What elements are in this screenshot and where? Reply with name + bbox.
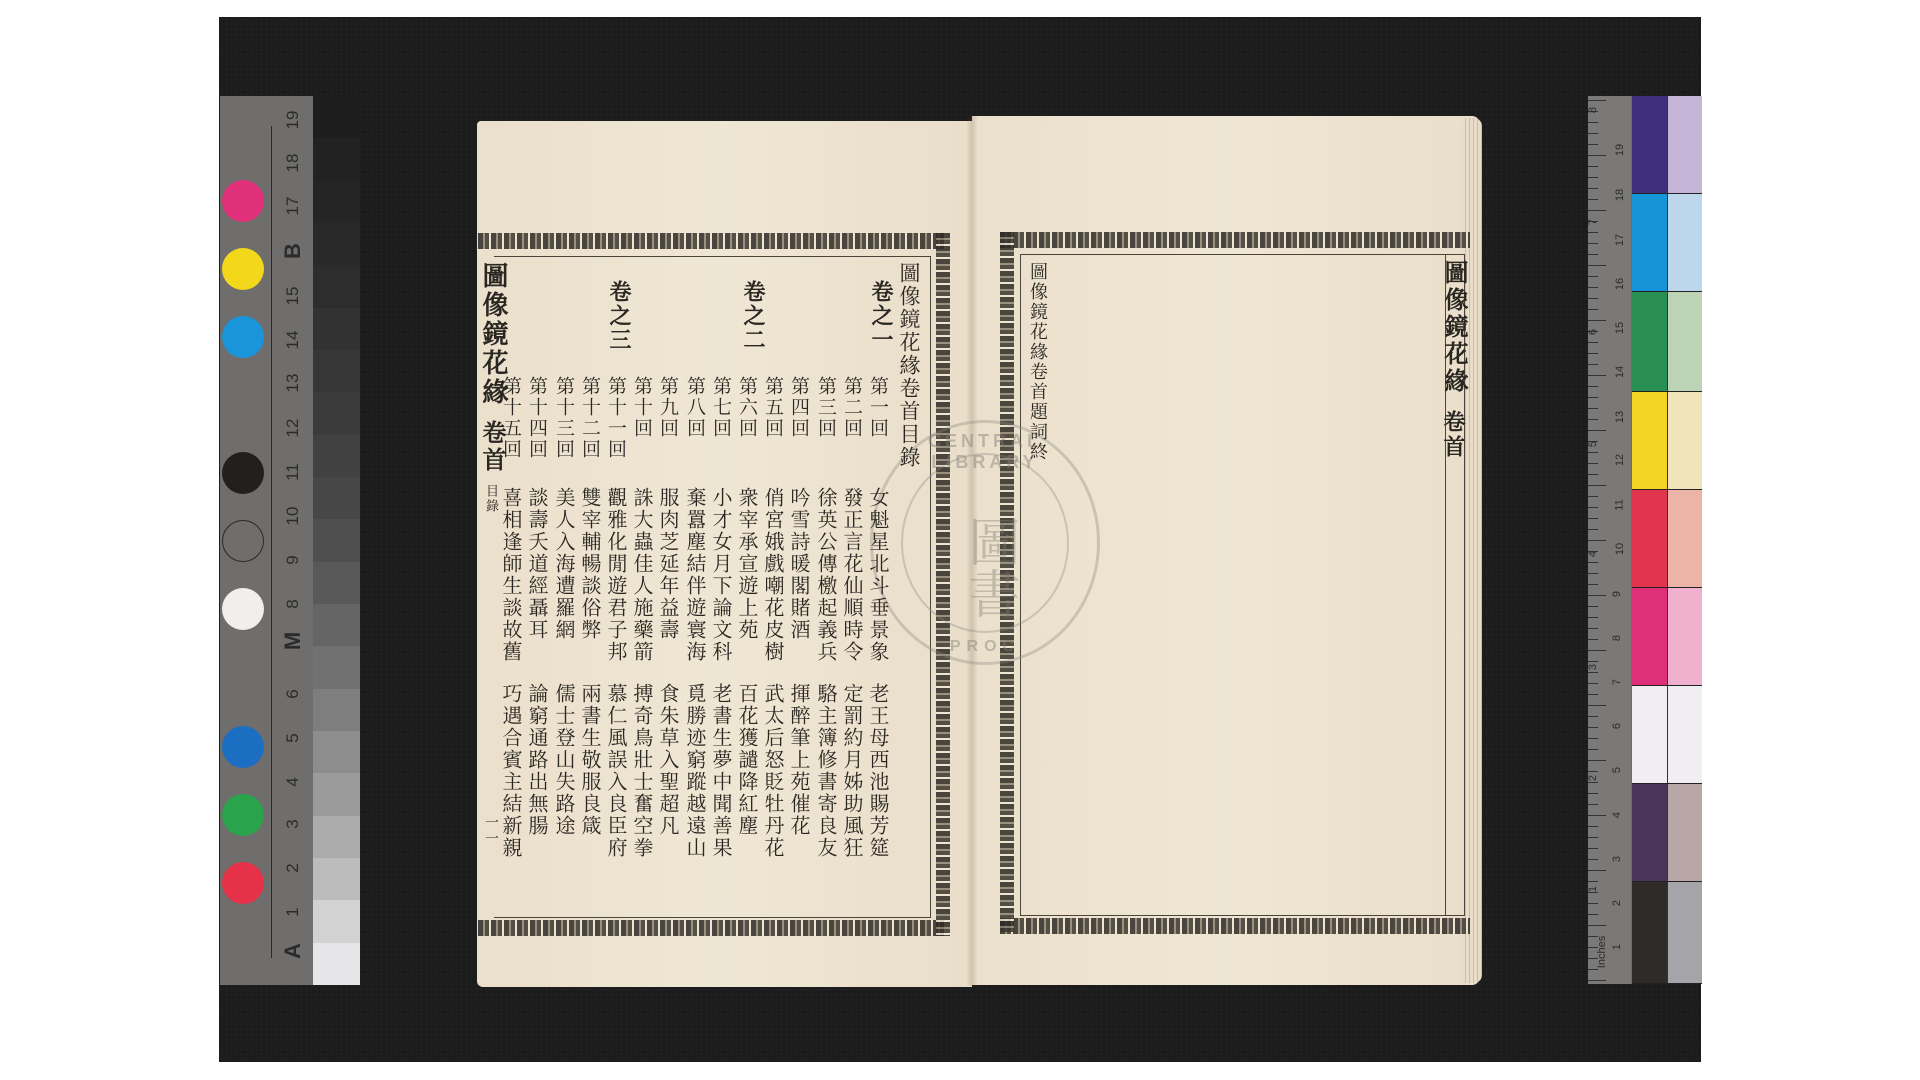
gray-scale-strip <box>313 96 360 985</box>
scale-number: 17 <box>283 188 303 224</box>
cm-number: 13 <box>1614 411 1626 423</box>
cm-number: 16 <box>1614 278 1626 290</box>
ruler-tick <box>1588 606 1598 607</box>
inch-number: 6 <box>1587 329 1599 335</box>
ruler-tick <box>1588 628 1598 629</box>
ruler-tick <box>1588 155 1606 156</box>
color-patch-magenta-light <box>1667 588 1702 686</box>
color-patch-magenta-dark <box>1632 588 1667 686</box>
stamp-seal-text: 圖書 <box>963 515 1015 619</box>
chapter-number: 第二回 <box>842 376 861 439</box>
ruler-tick <box>1588 375 1606 376</box>
ruler-tick <box>1588 716 1598 717</box>
chapter-title-line1: 美人入海遭羅網 <box>554 487 574 641</box>
color-patch-green-dark <box>1632 292 1667 392</box>
chapter-number: 第九回 <box>658 376 677 439</box>
gray-step <box>313 816 360 858</box>
gray-step <box>313 308 360 350</box>
chapter-title-line2: 儒士登山失路途 <box>554 683 574 837</box>
color-patch-violet-light <box>1667 96 1702 194</box>
ruler-tick <box>1588 353 1598 354</box>
scale-number: 5 <box>283 720 303 756</box>
ruler-tick <box>1588 243 1598 244</box>
gray-step <box>313 181 360 223</box>
ruler-tick <box>1588 166 1598 167</box>
gray-step <box>313 604 360 646</box>
inch-number: 1 <box>1587 886 1599 892</box>
color-patch-plum-dark <box>1632 784 1667 882</box>
ruler-tick <box>1588 870 1606 871</box>
ruler-tick <box>1588 826 1598 827</box>
chapter-title-line1: 談壽夭道經聶耳 <box>527 487 547 641</box>
chapter-title-line1: 觀雅化閒遊君子邦 <box>606 487 626 663</box>
chapter-title-line2: 定罰約月姊助風狂 <box>842 683 862 859</box>
ruler-tick <box>1588 408 1598 409</box>
scale-number: 13 <box>283 365 303 401</box>
chapter-title-line2: 覓勝迹窮蹤越遠山 <box>685 683 705 859</box>
color-patch-black-gray-light <box>1667 882 1702 984</box>
inch-number: 7 <box>1587 219 1599 225</box>
chapter-title-line1: 發正言花仙順時令 <box>842 487 862 663</box>
chapter-number: 第五回 <box>763 376 782 439</box>
cm-number: 5 <box>1611 767 1623 773</box>
inch-number: 8 <box>1587 107 1599 113</box>
ruler-tick <box>1588 463 1598 464</box>
chapter-title-line2: 慕仁風誤入良臣府 <box>606 683 626 859</box>
color-dot-red <box>222 862 264 904</box>
ruler-tick <box>1588 320 1606 321</box>
ruler-tick <box>1588 892 1598 893</box>
cm-number: 12 <box>1614 454 1626 466</box>
chapter-title-line2: 老王母西池賜芳筵 <box>868 683 888 859</box>
gray-step <box>313 265 360 307</box>
color-dot-outline <box>222 520 264 562</box>
color-dot-magenta <box>222 180 264 222</box>
volume-heading: 卷之三 <box>608 280 630 352</box>
ruler-tick <box>1588 804 1598 805</box>
ruler-tick <box>1588 397 1598 398</box>
right-page-top-border <box>1000 232 1470 248</box>
inch-number: 4 <box>1587 551 1599 557</box>
card-rule-line <box>271 126 272 958</box>
color-patch-yellow-light <box>1667 392 1702 490</box>
ruler-tick <box>1588 859 1598 860</box>
cm-number: 11 <box>1614 499 1626 510</box>
scale-number: 14 <box>283 322 303 358</box>
gray-step <box>313 858 360 900</box>
ruler-tick <box>1588 617 1598 618</box>
ruler-tick <box>1588 276 1598 277</box>
cm-number: 1 <box>1611 944 1623 950</box>
ruler-tick <box>1588 188 1598 189</box>
chapter-number: 第八回 <box>685 376 704 439</box>
ruler-tick <box>1588 584 1598 585</box>
chapter-title-line1: 吟雪詩暖閣賭酒 <box>789 487 809 641</box>
ruler-tick <box>1588 177 1598 178</box>
cm-number: 3 <box>1611 856 1623 862</box>
inch-ruler: 8765432119181716151413121110987654321 <box>1588 96 1631 984</box>
ruler-tick <box>1588 287 1598 288</box>
ruler-tick <box>1588 650 1606 651</box>
ruler-tick <box>1588 782 1598 783</box>
gray-step <box>313 900 360 942</box>
scale-letter: B <box>280 233 306 269</box>
gray-step <box>313 562 360 604</box>
gray-step <box>313 646 360 688</box>
ruler-tick <box>1588 199 1598 200</box>
chapter-title-line2: 百花獲譴降紅塵 <box>737 683 757 837</box>
ruler-tick <box>1588 694 1598 695</box>
chapter-title-line2: 搏奇鳥壯士奮空拳 <box>632 683 652 859</box>
scale-number: 3 <box>283 806 303 842</box>
ruler-tick <box>1588 144 1598 145</box>
ruler-tick <box>1588 595 1606 596</box>
gray-step <box>313 138 360 180</box>
ruler-tick <box>1588 496 1598 497</box>
ruler-tick <box>1588 837 1598 838</box>
chapter-number: 第十三回 <box>554 376 573 460</box>
ruler-tick <box>1588 793 1598 794</box>
ruler-tick <box>1588 903 1598 904</box>
gray-step <box>313 731 360 773</box>
inch-number: 2 <box>1587 775 1599 781</box>
scale-number: 8 <box>283 586 303 622</box>
ruler-tick <box>1588 683 1598 684</box>
chapter-number: 第十二回 <box>580 376 599 460</box>
ruler-tick <box>1588 100 1606 101</box>
cm-number: 10 <box>1614 543 1626 555</box>
left-page-bottom-border <box>478 920 946 936</box>
color-patch-red-light <box>1667 490 1702 588</box>
chapter-title-line1: 小才女月下論文科 <box>711 487 731 663</box>
cm-number: 18 <box>1614 189 1626 201</box>
color-patch-plum-light <box>1667 784 1702 882</box>
ruler-tick <box>1588 309 1598 310</box>
color-dot-yellow <box>222 248 264 290</box>
chapter-number: 第六回 <box>737 376 756 439</box>
chapter-title-line2: 食朱草入聖超凡 <box>658 683 678 837</box>
chapter-number: 第三回 <box>816 376 835 439</box>
right-page-bottom-border <box>1000 918 1470 934</box>
color-patch-red-dark <box>1632 490 1667 588</box>
ruler-tick <box>1588 760 1606 761</box>
left-page-top-border <box>478 233 946 249</box>
color-patch-green-light <box>1667 292 1702 392</box>
cm-number: 7 <box>1611 679 1623 685</box>
gray-step <box>313 350 360 392</box>
volume-heading: 卷之一 <box>870 280 892 352</box>
ruler-tick <box>1588 738 1598 739</box>
cm-number: 6 <box>1611 723 1623 729</box>
chapter-title-line1: 喜相逢師生談故舊 <box>501 487 521 663</box>
cm-number: 8 <box>1611 635 1623 641</box>
scale-number: 1 <box>283 894 303 930</box>
cm-number: 14 <box>1614 366 1626 378</box>
right-spine-volume: 卷首 <box>1442 410 1464 460</box>
color-patch-sky-blue-dark <box>1632 194 1667 292</box>
chapter-title-line2: 武太后怒貶牡丹花 <box>763 683 783 859</box>
chapter-number: 第四回 <box>789 376 808 439</box>
cm-number: 9 <box>1611 591 1623 597</box>
gray-step <box>313 689 360 731</box>
scale-number: 11 <box>283 454 303 490</box>
scale-letter: A <box>280 933 306 969</box>
ruler-tick <box>1588 672 1598 673</box>
chapter-title-line1: 雙宰輔暢談俗弊 <box>580 487 600 641</box>
ruler-tick <box>1588 925 1606 926</box>
chapter-title-line2: 駱主簿修書寄良友 <box>816 683 836 859</box>
chapter-title-line1: 女魁星北斗垂景象 <box>868 487 888 663</box>
gray-step <box>313 519 360 561</box>
color-patch-violet-dark <box>1632 96 1667 194</box>
chapter-number: 第十回 <box>632 376 651 439</box>
scale-number: 9 <box>283 542 303 578</box>
gray-step <box>313 477 360 519</box>
chapter-title-line2: 論窮通路出無腸 <box>527 683 547 837</box>
closing-title: 圖像鏡花緣卷首題詞終 <box>1028 262 1046 462</box>
color-patch-white-dark <box>1632 686 1667 784</box>
ruler-tick <box>1588 881 1598 882</box>
cm-number: 2 <box>1611 900 1623 906</box>
color-dot-black <box>222 452 264 494</box>
color-dot-white <box>222 588 264 630</box>
ruler-tick <box>1588 771 1598 772</box>
ruler-tick <box>1588 562 1598 563</box>
ruler-tick <box>1588 518 1598 519</box>
color-patch-black-gray-dark <box>1632 882 1667 984</box>
color-calibration-card-left: 19181715141312111098654321BMA <box>220 96 360 985</box>
ruler-tick <box>1588 419 1598 420</box>
ruler-tick <box>1588 133 1598 134</box>
left-page-number: 一一 <box>484 815 498 847</box>
chapter-title-line2: 老書生夢中聞善果 <box>711 683 731 859</box>
table-of-contents-title: 圖像鏡花緣卷首目錄 <box>898 262 919 469</box>
color-calibration-card-right: 8765432119181716151413121110987654321 In… <box>1588 96 1701 984</box>
gray-step <box>313 435 360 477</box>
ruler-tick <box>1588 342 1598 343</box>
left-spine-section: 目錄 <box>484 484 497 514</box>
ruler-tick <box>1588 705 1606 706</box>
ruler-tick <box>1588 452 1598 453</box>
scale-number: 4 <box>283 764 303 800</box>
chapter-title-line1: 俏宮娥戲嘲花皮樹 <box>763 487 783 663</box>
ruler-tick <box>1588 749 1598 750</box>
ruler-tick <box>1588 727 1598 728</box>
scale-number: 6 <box>283 676 303 712</box>
cm-number: 17 <box>1614 234 1626 246</box>
chapter-number: 第七回 <box>711 376 730 439</box>
ruler-tick <box>1588 298 1598 299</box>
ruler-tick <box>1588 386 1598 387</box>
inch-number: 3 <box>1587 664 1599 670</box>
color-patch-sky-blue-light <box>1667 194 1702 292</box>
chapter-title-line1: 誅大蟲佳人施藥箭 <box>632 487 652 663</box>
scale-number: 18 <box>283 145 303 181</box>
ruler-tick <box>1588 540 1606 541</box>
ruler-tick <box>1588 122 1598 123</box>
bleed-through-text <box>1120 320 1140 606</box>
chapter-title-line2: 揮醉筆上苑催花 <box>789 683 809 837</box>
chapter-title-line1: 棄囂塵結伴遊寰海 <box>685 487 705 663</box>
gray-step <box>313 773 360 815</box>
ruler-tick <box>1588 980 1606 981</box>
ruler-tick <box>1588 815 1606 816</box>
scale-number: 12 <box>283 410 303 446</box>
chapter-title-line1: 徐英公傳檄起義兵 <box>816 487 836 663</box>
scale-letter: M <box>280 623 306 659</box>
chapter-number: 第十五回 <box>501 376 520 460</box>
scale-number: 10 <box>283 498 303 534</box>
ruler-tick <box>1588 265 1606 266</box>
ruler-tick <box>1588 639 1598 640</box>
scale-number: 19 <box>283 102 303 138</box>
color-dot-cyan <box>222 316 264 358</box>
color-patch-yellow-dark <box>1632 392 1667 490</box>
ruler-tick <box>1588 573 1598 574</box>
volume-heading: 卷之二 <box>742 280 764 352</box>
ruler-tick <box>1588 661 1598 662</box>
ruler-tick <box>1588 485 1606 486</box>
stamp-bottom-text: PROC <box>873 638 1097 656</box>
ruler-tick <box>1588 254 1598 255</box>
color-dot-green <box>222 794 264 836</box>
chapter-title-line2: 兩書生敬服良箴 <box>580 683 600 837</box>
chapter-title-line2: 巧遇合賓主結新親 <box>501 683 521 859</box>
chapter-number: 第一回 <box>868 376 887 439</box>
gray-step <box>313 223 360 265</box>
chapter-title-line1: 衆宰承宣遊上苑 <box>737 487 757 641</box>
color-dot-blue <box>222 726 264 768</box>
inches-label: Inches <box>1596 936 1608 968</box>
ruler-tick <box>1588 364 1598 365</box>
right-spine-title: 圖像鏡花緣 <box>1442 260 1466 395</box>
cm-number: 4 <box>1611 812 1623 818</box>
cm-number: 15 <box>1614 322 1626 334</box>
chapter-number: 第十一回 <box>606 376 625 460</box>
inch-number: 5 <box>1587 441 1599 447</box>
chapter-number: 第十四回 <box>527 376 546 460</box>
scale-number: 2 <box>283 850 303 886</box>
stamp-inner-ring: 圖書 <box>901 453 1069 633</box>
color-patch-white-light <box>1667 686 1702 784</box>
ruler-tick <box>1588 507 1598 508</box>
ruler-tick <box>1588 529 1598 530</box>
gray-step <box>313 96 360 138</box>
scale-number: 15 <box>283 278 303 314</box>
ruler-tick <box>1588 430 1606 431</box>
gray-step <box>313 943 360 985</box>
ruler-tick <box>1588 232 1598 233</box>
cm-number: 19 <box>1614 144 1626 156</box>
chapter-title-line1: 服肉芝延年益壽 <box>658 487 678 641</box>
ruler-tick <box>1588 474 1598 475</box>
gray-step <box>313 392 360 434</box>
ruler-tick <box>1588 914 1598 915</box>
ruler-tick <box>1588 210 1606 211</box>
ruler-tick <box>1588 969 1598 970</box>
ruler-tick <box>1588 848 1598 849</box>
